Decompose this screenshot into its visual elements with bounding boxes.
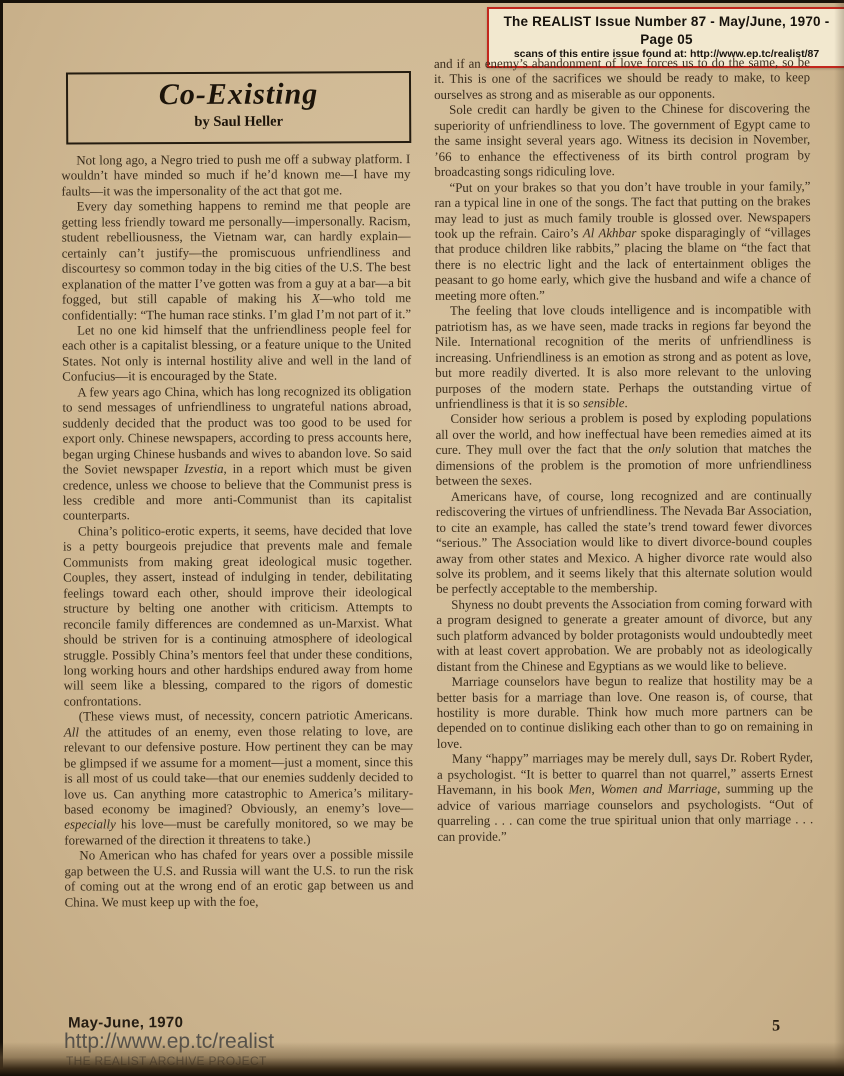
article-paragraph: Marriage counselors have begun to realiz… (437, 673, 813, 752)
article-paragraph: Sole credit can hardly be given to the C… (434, 102, 810, 181)
article-column-right: and if an enemy’s abandonment of love fo… (434, 55, 813, 845)
article-paragraph: Every day something happens to remind me… (62, 198, 412, 323)
article-title: Co-Existing (68, 77, 409, 111)
article-paragraph: Shyness no doubt prevents the Associatio… (436, 596, 812, 675)
article-paragraph: Many “happy” marriages may be merely dul… (437, 751, 813, 845)
article-paragraph: Americans have, of course, long recogniz… (436, 488, 812, 598)
article-paragraph: A few years ago China, which has long re… (62, 384, 412, 525)
article-paragraph: Not long ago, a Negro tried to push me o… (61, 152, 410, 200)
issue-date-label: May-June, 1970 (68, 1014, 183, 1032)
article-paragraph: No American who has chafed for years ove… (64, 847, 413, 910)
page-content: Co-Existing by Saul Heller Not long ago,… (0, 0, 844, 1076)
article-paragraph: “Put on your brakes so that you don’t ha… (434, 179, 811, 304)
article-paragraph: (These views must, of necessity, concern… (64, 708, 414, 849)
article-column-left: Not long ago, a Negro tried to push me o… (61, 152, 413, 911)
article-paragraph: Consider how serious a problem is posed … (435, 411, 811, 490)
article-title-box: Co-Existing by Saul Heller (66, 71, 411, 145)
article-paragraph: Let no one kid himself that the unfriend… (62, 322, 411, 385)
archive-project-label: THE REALIST ARCHIVE PROJECT (66, 1054, 267, 1068)
scanned-magazine-page: The REALIST Issue Number 87 - May/June, … (0, 0, 844, 1076)
page-number: 5 (772, 1017, 780, 1035)
article-paragraph: The feeling that love clouds intelligenc… (435, 303, 811, 413)
article-byline: by Saul Heller (68, 113, 409, 131)
archive-footer-url: http://www.ep.tc/realist (64, 1030, 274, 1054)
article-paragraph: China’s politico-erotic experts, it seem… (63, 523, 413, 710)
article-paragraph: and if an enemy’s abandonment of love fo… (434, 55, 810, 103)
